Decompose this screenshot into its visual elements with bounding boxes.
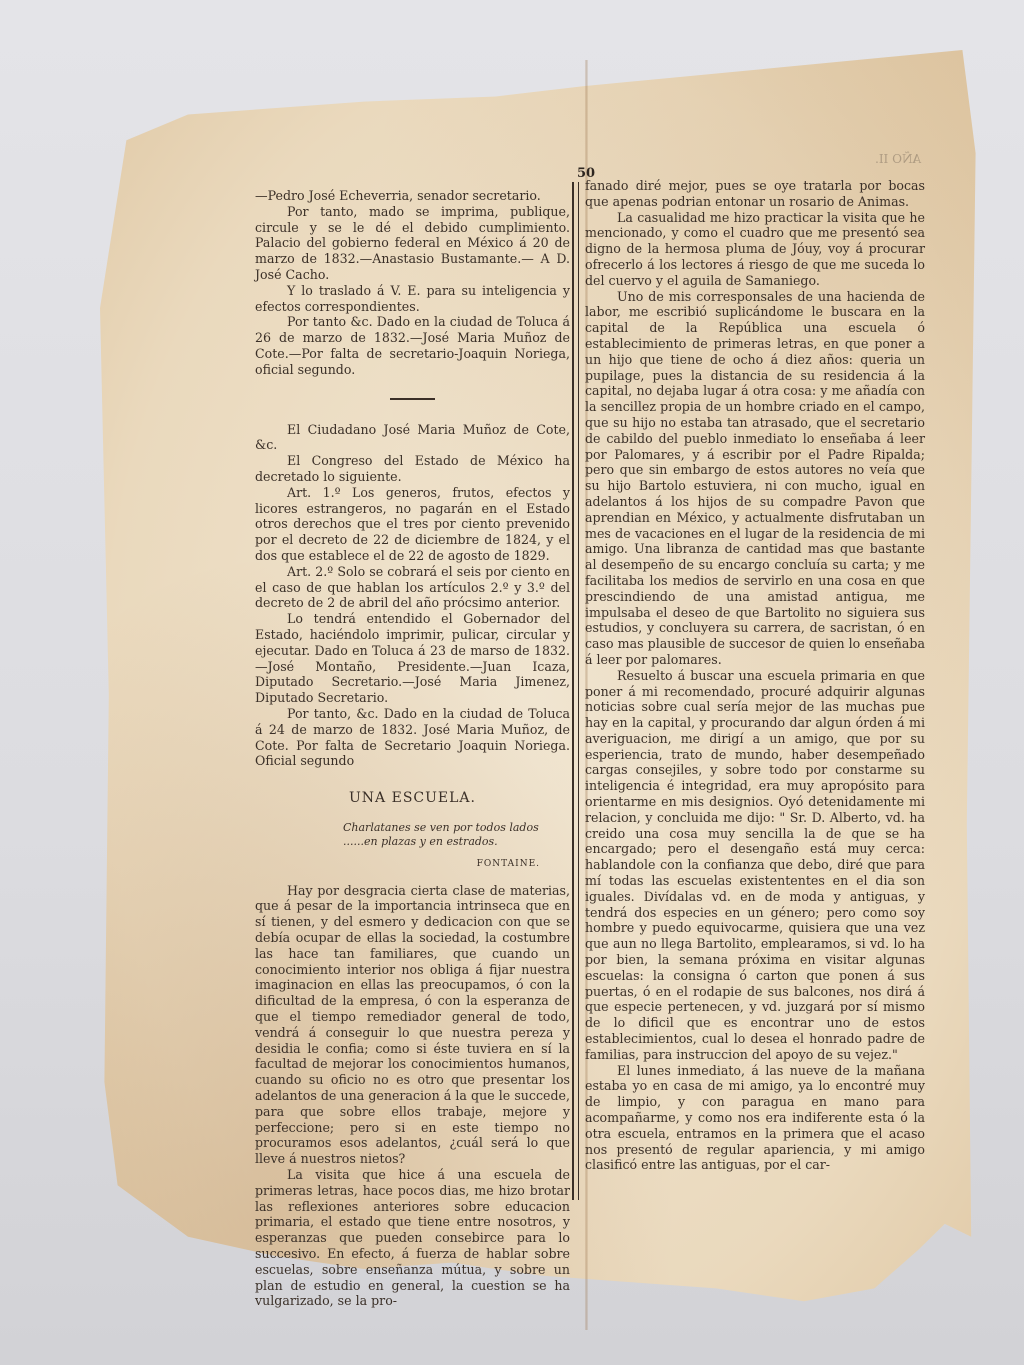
article-2: Art. 2.º Solo se cobrará el seis por cie…: [255, 564, 570, 611]
section-separator: [390, 398, 435, 400]
paragraph: Resuelto á buscar una escuela primaria e…: [585, 668, 925, 1063]
column-divider: [572, 182, 579, 1200]
epigraph-line: ......en plazas y en estrados.: [343, 835, 570, 849]
decree-heading: El Ciudadano José Maria Muñoz de Cote, &…: [255, 422, 570, 454]
paragraph: Y lo traslado á V. E. para su inteligenc…: [255, 283, 570, 315]
article-title: UNA ESCUELA.: [255, 791, 570, 807]
paragraph: Lo tendrá entendido el Gobernador del Es…: [255, 611, 570, 706]
epigraph-attribution: FONTAINE.: [255, 857, 540, 873]
signature-line: —Pedro José Echeverria, senador secretar…: [255, 188, 570, 204]
paragraph: La casualidad me hizo practicar la visit…: [585, 210, 925, 289]
paragraph: fanado diré mejor, pues se oye tratarla …: [585, 178, 925, 210]
paragraph: Por tanto, &c. Dado en la ciudad de Tolu…: [255, 706, 570, 769]
right-column: fanado diré mejor, pues se oye tratarla …: [585, 178, 925, 1173]
left-column: —Pedro José Echeverria, senador secretar…: [255, 188, 570, 1309]
article-1: Art. 1.º Los generos, frutos, efectos y …: [255, 485, 570, 564]
bleed-through-header: AÑO II.: [875, 152, 921, 166]
paragraph: Por tanto, mado se imprima, publique, ci…: [255, 204, 570, 283]
epigraph-line: Charlatanes se ven por todos lados: [343, 821, 570, 835]
paragraph: Hay por desgracia cierta clase de materi…: [255, 883, 570, 1167]
paragraph: El Congreso del Estado de México ha decr…: [255, 453, 570, 485]
paragraph: Por tanto &c. Dado en la ciudad de Toluc…: [255, 314, 570, 377]
paragraph: La visita que hice á una escuela de prim…: [255, 1167, 570, 1309]
paragraph: Uno de mis corresponsales de una haciend…: [585, 289, 925, 668]
paragraph: El lunes inmediato, á las nueve de la ma…: [585, 1063, 925, 1174]
